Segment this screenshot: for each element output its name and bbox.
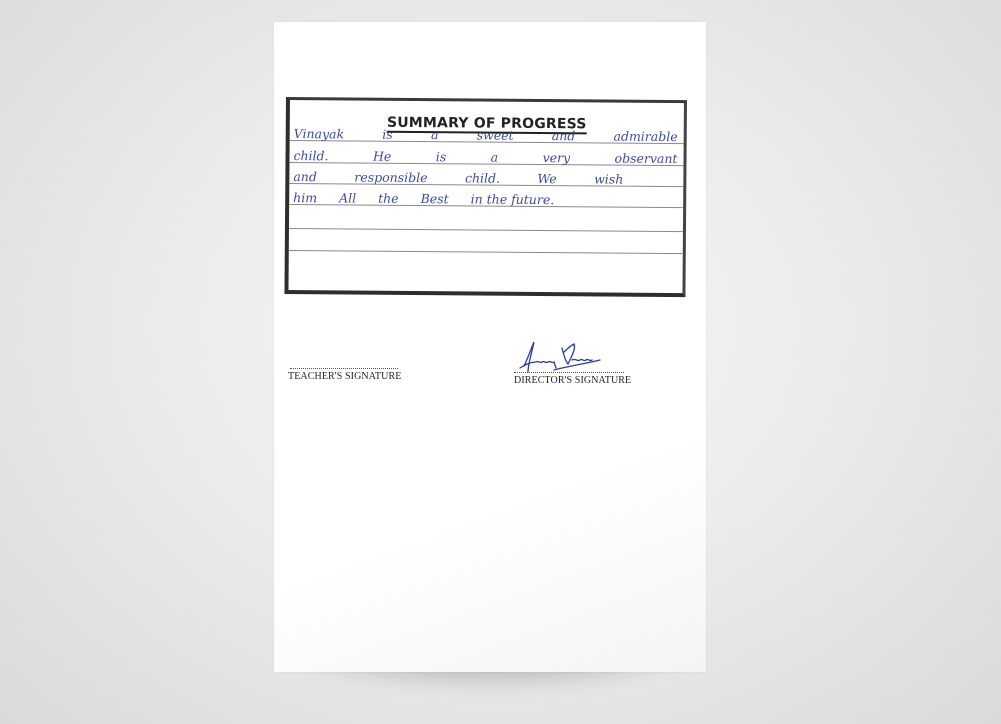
remark-word: and [293, 169, 317, 184]
remark-word: Vinayak [294, 126, 345, 141]
remark-word: a [491, 150, 499, 165]
ruled-line [289, 228, 683, 232]
remark-word: wish [594, 171, 623, 186]
remarks-line-1: Vinayakisasweetandadmirable [294, 126, 678, 144]
remark-word: We [537, 171, 556, 186]
remarks-line-3: andresponsiblechild.Wewish [293, 169, 623, 187]
remark-word: him [293, 190, 317, 205]
remark-word: the [378, 191, 399, 206]
remark-word: is [382, 127, 393, 142]
remark-word: a [431, 127, 439, 142]
remarks-line-2: child.Heisaveryobservant [293, 148, 677, 166]
remark-word: sweet [477, 127, 514, 142]
director-signature-line [514, 372, 624, 373]
remark-word: is [436, 149, 447, 164]
ruled-line [289, 250, 683, 254]
remark-word: child. [465, 170, 500, 185]
summary-of-progress-box: SUMMARY OF PROGRESS Vinayakisasweetandad… [284, 97, 687, 297]
remark-word: very [543, 150, 571, 165]
remark-word: in the future. [471, 191, 555, 207]
remark-word: and [552, 128, 576, 143]
report-card-page: SUMMARY OF PROGRESS Vinayakisasweetandad… [274, 22, 706, 672]
remark-word: He [373, 149, 391, 164]
director-signature-label: DIRECTOR'S SIGNATURE [514, 375, 631, 386]
remark-word: responsible [354, 170, 427, 186]
teacher-signature-label: TEACHER'S SIGNATURE [288, 371, 401, 382]
remark-word: observant [615, 151, 678, 166]
teacher-signature-line [290, 368, 398, 369]
remark-word: All [339, 190, 356, 205]
remark-word: Best [421, 191, 449, 206]
remark-word: child. [293, 148, 328, 163]
remark-word: admirable [613, 129, 677, 145]
remarks-line-4: himAlltheBestin the future. [293, 190, 677, 208]
